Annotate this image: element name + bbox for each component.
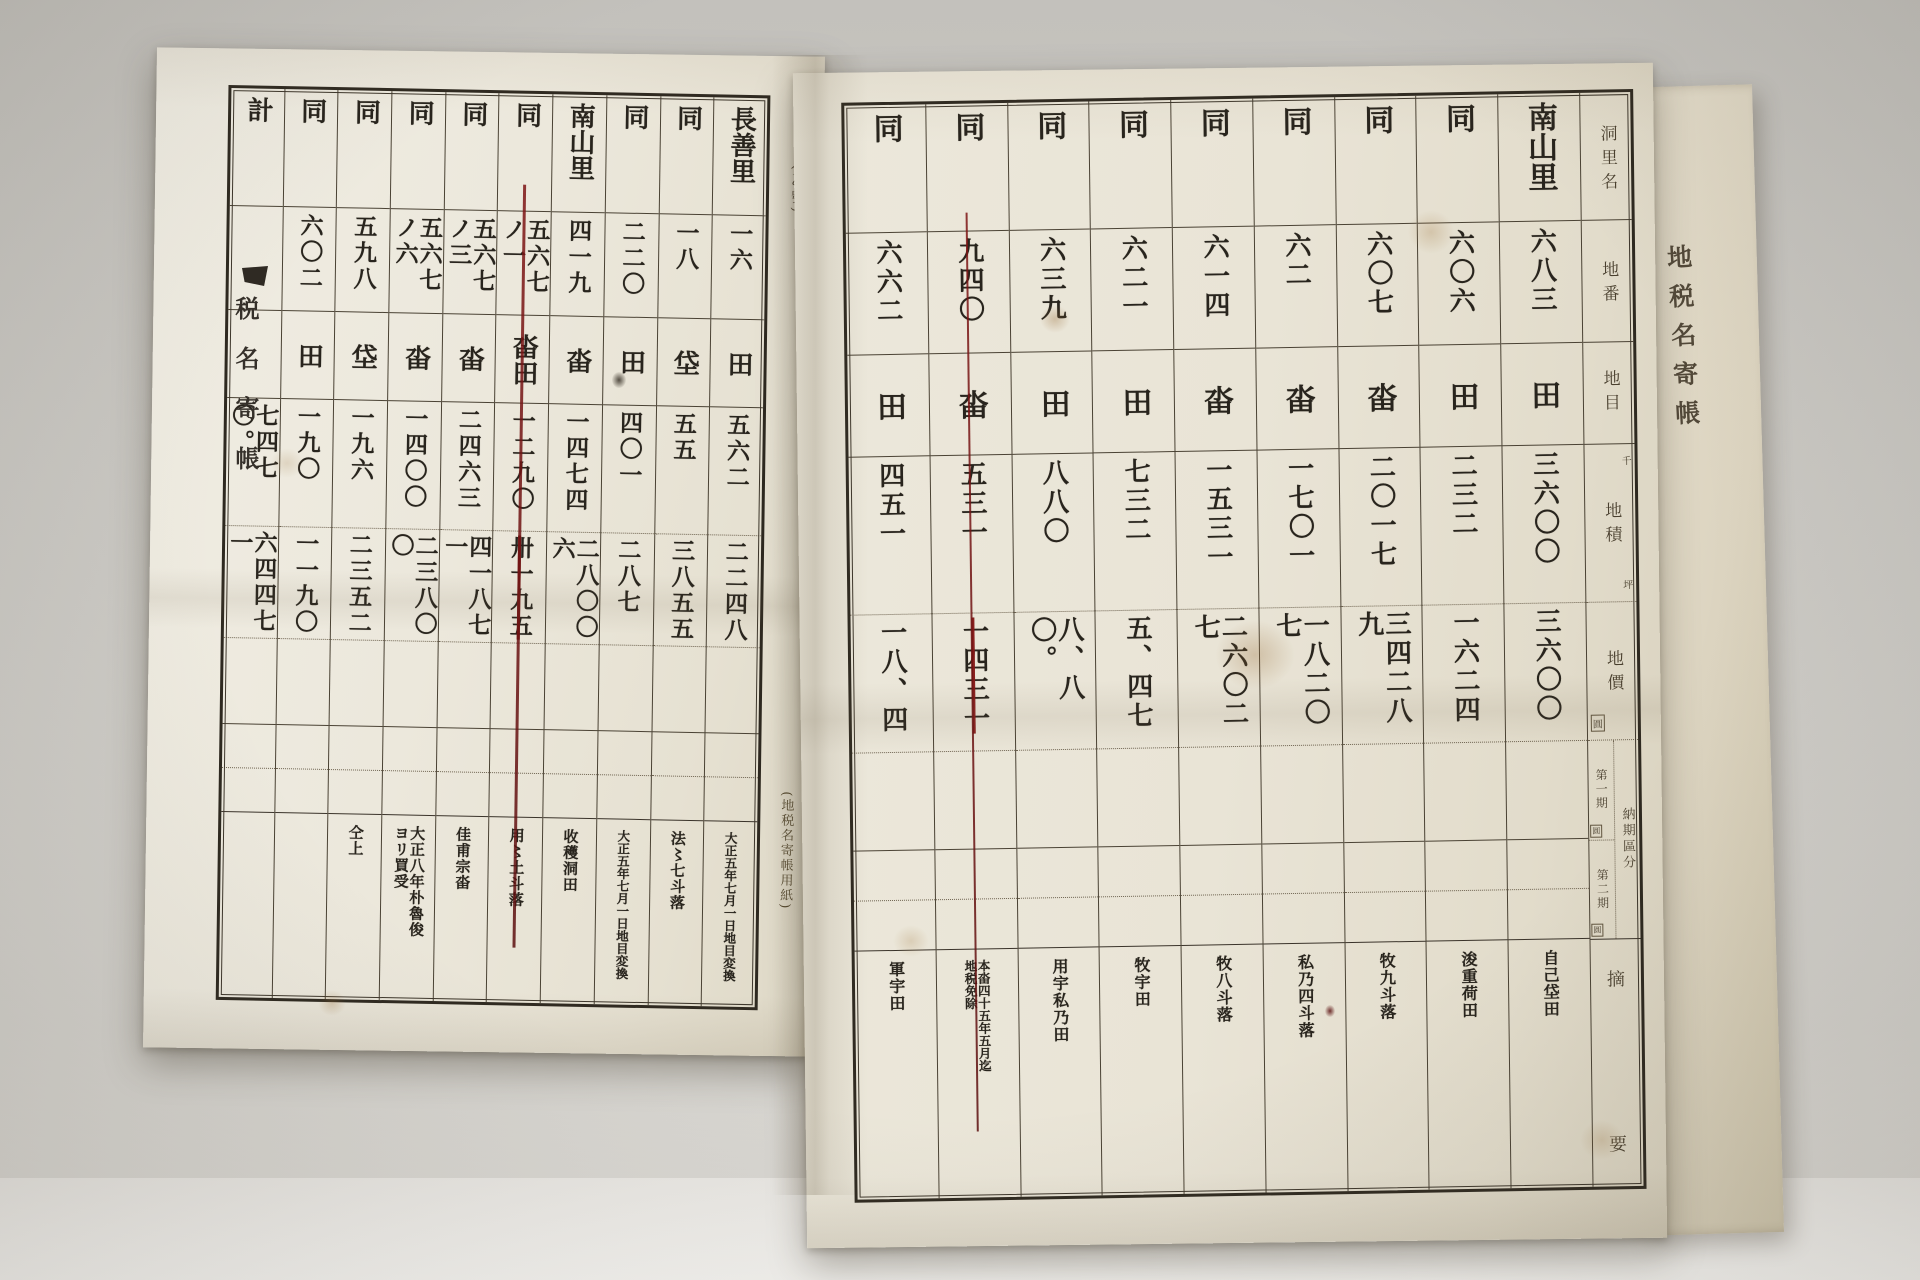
period2-cell (1058, 898, 1059, 947)
village-cell: 同 (951, 111, 984, 231)
period1-cell (1384, 842, 1385, 891)
village-cell: 同 (511, 101, 540, 211)
lot-number-cell: 六一四 (1200, 233, 1229, 348)
land-area-cell: 二三二 (1448, 452, 1477, 604)
village-cell: 南山里 (1523, 101, 1556, 221)
land-area-cell: 一二九〇 (508, 408, 534, 530)
lot-number-cell: 六六二 (873, 239, 902, 354)
village-cell: 同 (618, 103, 647, 213)
period2-cell (1467, 891, 1468, 940)
land-value-cell: 二八七 (614, 537, 640, 644)
village-cell: 同 (296, 97, 325, 207)
village-cell: 計 (242, 96, 271, 206)
land-area-cell: 五三一 (957, 460, 986, 612)
period2-cell (570, 775, 571, 818)
lot-number-cell: 六〇六 (1445, 229, 1474, 344)
land-category-cell: 田 (1036, 387, 1068, 418)
ledger-column: 同 六二一 田 七三二 五、四七 牧宇田 (1089, 100, 1184, 1195)
remarks-header: 摘 要 (1591, 939, 1644, 1187)
left-page: 長善里 一六 田 五六二 二二四八 大正五年七月一日地目変換 同 一八 垈 五五… (143, 47, 825, 1056)
land-value-cell: 卅一九五 (507, 535, 533, 642)
lot-number-cell: 五六七ノ三 (445, 216, 495, 314)
land-value-cell: 二六〇二七 (1191, 613, 1247, 747)
remarks-cell (299, 823, 301, 998)
period1-cell (624, 732, 625, 775)
area-unit-pyeong: 坪 (1623, 576, 1633, 591)
ledger-photo: 地税名寄帳 長善里 一六 田 五六二 二二四八 大正五年七月一日地目変換 同 (0, 0, 1920, 1280)
remarks-cell: 法〻七斗落 (667, 831, 685, 1006)
yen-unit-mark: 圓 (1591, 924, 1603, 937)
lot-number-cell: 四一九 (565, 218, 590, 315)
village-cell: 同 (1441, 103, 1474, 223)
remarks-cell: 本畓四十五年五月迄 地税免除 (964, 959, 993, 1197)
land-category-cell: 田 (1445, 380, 1477, 411)
village-cell: 南山里 (565, 102, 594, 212)
land-category-cell: 田 (616, 348, 644, 375)
land-category-cell: 田 (1527, 379, 1559, 410)
area-header-label: 地積 (1601, 501, 1619, 549)
remarks-cell: 大正五年七月一日地目変換 (722, 832, 738, 1007)
lot-number-cell: 六〇七 (1363, 230, 1392, 345)
lot-number-cell: 六八三 (1527, 227, 1556, 342)
tax-amount-cell (625, 650, 626, 731)
lot-number-cell: 六三九 (1036, 236, 1065, 351)
remarks-label-bottom: 要 (1609, 1130, 1627, 1156)
land-category-cell: 畓 (1199, 385, 1231, 416)
remarks-cell: 收穫洞田 (559, 828, 577, 1003)
period1-cell (302, 725, 303, 768)
period1-cell (356, 727, 357, 770)
land-value-cell: 二三八〇〇 (387, 533, 437, 641)
right-table: 洞里名 地番 地目 地積 千 坪 地價 圓 納期區分 第一期圓 第二期圓 (841, 89, 1646, 1203)
lot-number-cell (255, 213, 256, 310)
period-group-label: 納期區分 (1620, 807, 1634, 871)
tax-amount-cell (517, 648, 518, 729)
land-area-cell: 一五三一 (1202, 456, 1231, 608)
village-cell: 同 (1114, 108, 1147, 228)
period2-cell (1303, 894, 1304, 943)
remarks-cell: 私乃四斗落 (1296, 954, 1316, 1192)
land-value-cell: 八、八〇。 (1027, 616, 1083, 750)
period2-cell (355, 771, 356, 814)
period1-cell (1221, 845, 1222, 894)
lot-number-cell: 六〇二 (296, 213, 321, 310)
tax-amount-cell (356, 645, 357, 726)
period1-cell (1548, 840, 1549, 889)
tax-amount-cell (1547, 746, 1548, 839)
ledger-column: 同 六六二 田 四五一 一八、四 軍宇田 (844, 104, 938, 1199)
period1-cell (517, 730, 518, 773)
tax-amount-cell (464, 647, 465, 728)
period2-cell (894, 901, 895, 950)
ledger-column: 同 六〇六 田 二三二 一六二四 浚重荷田 (1416, 94, 1511, 1189)
remarks-cell: 軍宇田 (887, 961, 907, 1199)
land-value-cell: 二三五二 (345, 532, 371, 639)
period2-cell (677, 777, 678, 820)
tax-amount-cell (1138, 753, 1139, 846)
ledger-column: 同 六〇七 畓 二〇一七 三四二八九 牧九斗落 (1334, 96, 1429, 1191)
lot-number-cell: 五六七ノ一 (499, 217, 549, 315)
remarks-cell: 浚重荷田 (1459, 951, 1479, 1189)
tax-amount-cell (1383, 748, 1384, 841)
category-header-label: 地目 (1600, 369, 1618, 417)
ledger-column: 南山里 六八三 田 三六〇〇 三六〇〇 自己垈田 (1497, 93, 1592, 1188)
lot-number-cell: 六二一 (1118, 234, 1147, 349)
period2-cell (1221, 895, 1222, 944)
land-category-cell: 田 (294, 342, 322, 369)
period2-cell (976, 900, 977, 949)
period1-cell (975, 850, 976, 899)
land-value-cell: 五、四七 (1123, 614, 1152, 747)
period1-cell (1466, 841, 1467, 890)
lot-number-cell: 二二〇 (618, 220, 643, 317)
tax-amount-cell (571, 649, 572, 730)
lot-number-cell: 一八 (672, 221, 697, 318)
land-area-cell: 二〇一七 (1366, 453, 1395, 605)
village-cell: 同 (1278, 106, 1311, 226)
period1-cell (894, 851, 895, 900)
tax-amount-cell (1301, 750, 1302, 843)
land-value-cell: 三六〇〇 (1531, 607, 1560, 740)
remarks-label-top: 摘 (1607, 965, 1625, 991)
land-category-cell: 田 (872, 390, 904, 421)
tax-amount-cell (1465, 747, 1466, 840)
period2-cell (1548, 890, 1549, 939)
period2-cell (731, 778, 732, 821)
period2-cell (248, 768, 249, 811)
land-value-cell: 四一八七一 (441, 534, 491, 642)
period2-cell (516, 774, 517, 817)
land-category-cell: 畓 (401, 344, 429, 371)
tax-amount-cell (1056, 754, 1057, 847)
remarks-cell: 自己垈田 (1541, 949, 1561, 1187)
lot-header-label: 地番 (1598, 260, 1616, 308)
tax-amount-cell (249, 642, 250, 723)
land-area-cell: 四五一 (875, 462, 904, 614)
land-area-cell: 八八〇 (1039, 459, 1068, 611)
tax-amount-cell (893, 757, 894, 850)
village-header-label: 洞里名 (1597, 124, 1616, 196)
land-category-cell: 畓 (1281, 383, 1313, 414)
village-cell: 同 (869, 113, 902, 233)
land-area-cell: 一九〇 (293, 404, 319, 526)
land-value-cell: 二二四八 (721, 540, 747, 647)
period1-cell (570, 731, 571, 774)
remarks-cell: 用宇私乃田 (1050, 958, 1070, 1196)
tax-amount-cell (410, 646, 411, 727)
land-area-cell: 三六〇〇 (1529, 450, 1558, 602)
tax-amount-cell (974, 756, 975, 849)
ledger-column: 同 六一四 畓 一五三一 二六〇二七 牧八斗落 (1170, 99, 1265, 1194)
lot-number-cell: 九四〇 (954, 237, 983, 352)
village-cell: 同 (457, 100, 486, 210)
land-category-cell: 垈 (348, 343, 376, 370)
ledger-column: 同 六二 畓 一七〇一 一八二〇七 私乃四斗落 (1252, 97, 1347, 1192)
right-page: 洞里名 地番 地目 地積 千 坪 地價 圓 納期區分 第一期圓 第二期圓 (793, 63, 1667, 1248)
period1-cell (1057, 848, 1058, 897)
left-table: 長善里 一六 田 五六二 二二四八 大正五年七月一日地目変換 同 一八 垈 五五… (216, 85, 771, 1010)
land-category-cell: 垈 (670, 349, 698, 376)
land-category-cell: 畓田 (509, 333, 537, 386)
ledger-column: 同 六三九 田 八八〇 八、八〇。 用宇私乃田 (1007, 101, 1102, 1196)
ledger-column: 同 九四〇 畓 五三一 一四三一 本畓四十五年五月迄 地税免除 (925, 103, 1020, 1198)
village-cell: 同 (350, 98, 379, 208)
land-value-cell: 二八〇〇六 (548, 536, 598, 644)
remarks-cell: 仝上 (345, 824, 363, 999)
land-value-cell: 一八二〇七 (1272, 611, 1328, 745)
period2-cell (1140, 897, 1141, 946)
land-value-cell: 六四四七一 (226, 530, 276, 638)
period2-cell (409, 772, 410, 815)
payment-period-header: 納期區分 第一期圓 第二期圓 (1588, 740, 1640, 940)
tax-amount-cell (1220, 751, 1221, 844)
village-cell: 長善里 (726, 106, 755, 216)
period2-cell (624, 776, 625, 819)
value-header-label: 地價 (1603, 649, 1621, 697)
remarks-cell: 牧八斗落 (1214, 955, 1234, 1193)
land-value-cell: 一一九〇 (292, 531, 318, 638)
land-area-cell: 四〇一 (615, 410, 641, 532)
lot-number-cell: 五六七ノ六 (392, 215, 442, 313)
period2-cell (1385, 892, 1386, 941)
land-value-cell: 三四二八九 (1354, 610, 1410, 744)
period1-cell (678, 733, 679, 776)
village-cell: 同 (1360, 104, 1393, 224)
remarks-cell: 牧宇田 (1132, 957, 1152, 1195)
period1-cell (248, 724, 249, 767)
land-area-cell: 二四六三 (454, 407, 480, 529)
period1-cell (1303, 844, 1304, 893)
land-area-cell: 七三二 (1121, 457, 1150, 609)
period2-cell (462, 773, 463, 816)
remarks-cell: 佳甫宗畓 (452, 826, 470, 1001)
village-cell: 同 (1032, 110, 1065, 230)
remarks-cell: 用〻土斗落 (506, 827, 524, 1002)
tax-amount-cell (303, 644, 304, 725)
period2-label: 第二期 (1596, 868, 1609, 910)
period1-cell (409, 728, 410, 771)
land-area-cell: 一四〇〇 (401, 406, 427, 528)
remarks-cell: 大正八年朴魯俊 ヨリ買受 (390, 825, 424, 1001)
land-category-cell: 畓 (455, 345, 483, 372)
village-cell: 同 (404, 99, 433, 209)
lot-number-cell: 一六 (726, 222, 751, 319)
land-area-cell: 一四七四 (562, 409, 588, 531)
tax-amount-cell (732, 652, 733, 733)
spine-title: 税名寄帳 (228, 296, 263, 496)
land-category-cell: 畓 (562, 347, 590, 374)
yen-unit-mark: 圓 (1591, 715, 1605, 732)
period1-cell (732, 734, 733, 777)
village-cell: 同 (1196, 107, 1229, 227)
remarks-cell: 大正五年七月一日地目変換 (614, 830, 630, 1005)
period1-label: 第一期 (1594, 769, 1607, 811)
land-area-cell: 一九六 (347, 405, 373, 527)
remarks-cell (245, 822, 247, 997)
land-area-cell: 五六二 (723, 413, 749, 535)
tax-amount-cell (678, 651, 679, 732)
land-value-cell: 一八、四 (877, 619, 906, 752)
land-category-cell: 畓 (954, 389, 986, 420)
period1-cell (1139, 847, 1140, 896)
period1-cell (463, 729, 464, 772)
land-area-cell: 一七〇一 (1284, 455, 1313, 607)
land-category-cell: 田 (723, 350, 751, 377)
area-unit-thousand: 千 (1622, 452, 1632, 467)
period2-cell (301, 769, 302, 812)
land-value-cell: 三八五五 (668, 539, 694, 646)
lot-number-cell: 五九八 (350, 214, 375, 311)
land-value-cell: 一六二四 (1450, 609, 1479, 742)
land-category-cell: 畓 (1363, 382, 1395, 413)
form-paper-label: (地税名寄帳用紙) (775, 791, 796, 910)
lot-number-cell: 六二 (1281, 232, 1310, 347)
yen-unit-mark: 圓 (1590, 824, 1602, 837)
remarks-cell: 牧九斗落 (1377, 952, 1397, 1190)
village-cell: 同 (672, 105, 701, 215)
land-area-cell: 五五 (669, 412, 695, 534)
land-category-cell: 田 (1118, 386, 1150, 417)
land-value-cell: 一四三一 (959, 617, 988, 750)
